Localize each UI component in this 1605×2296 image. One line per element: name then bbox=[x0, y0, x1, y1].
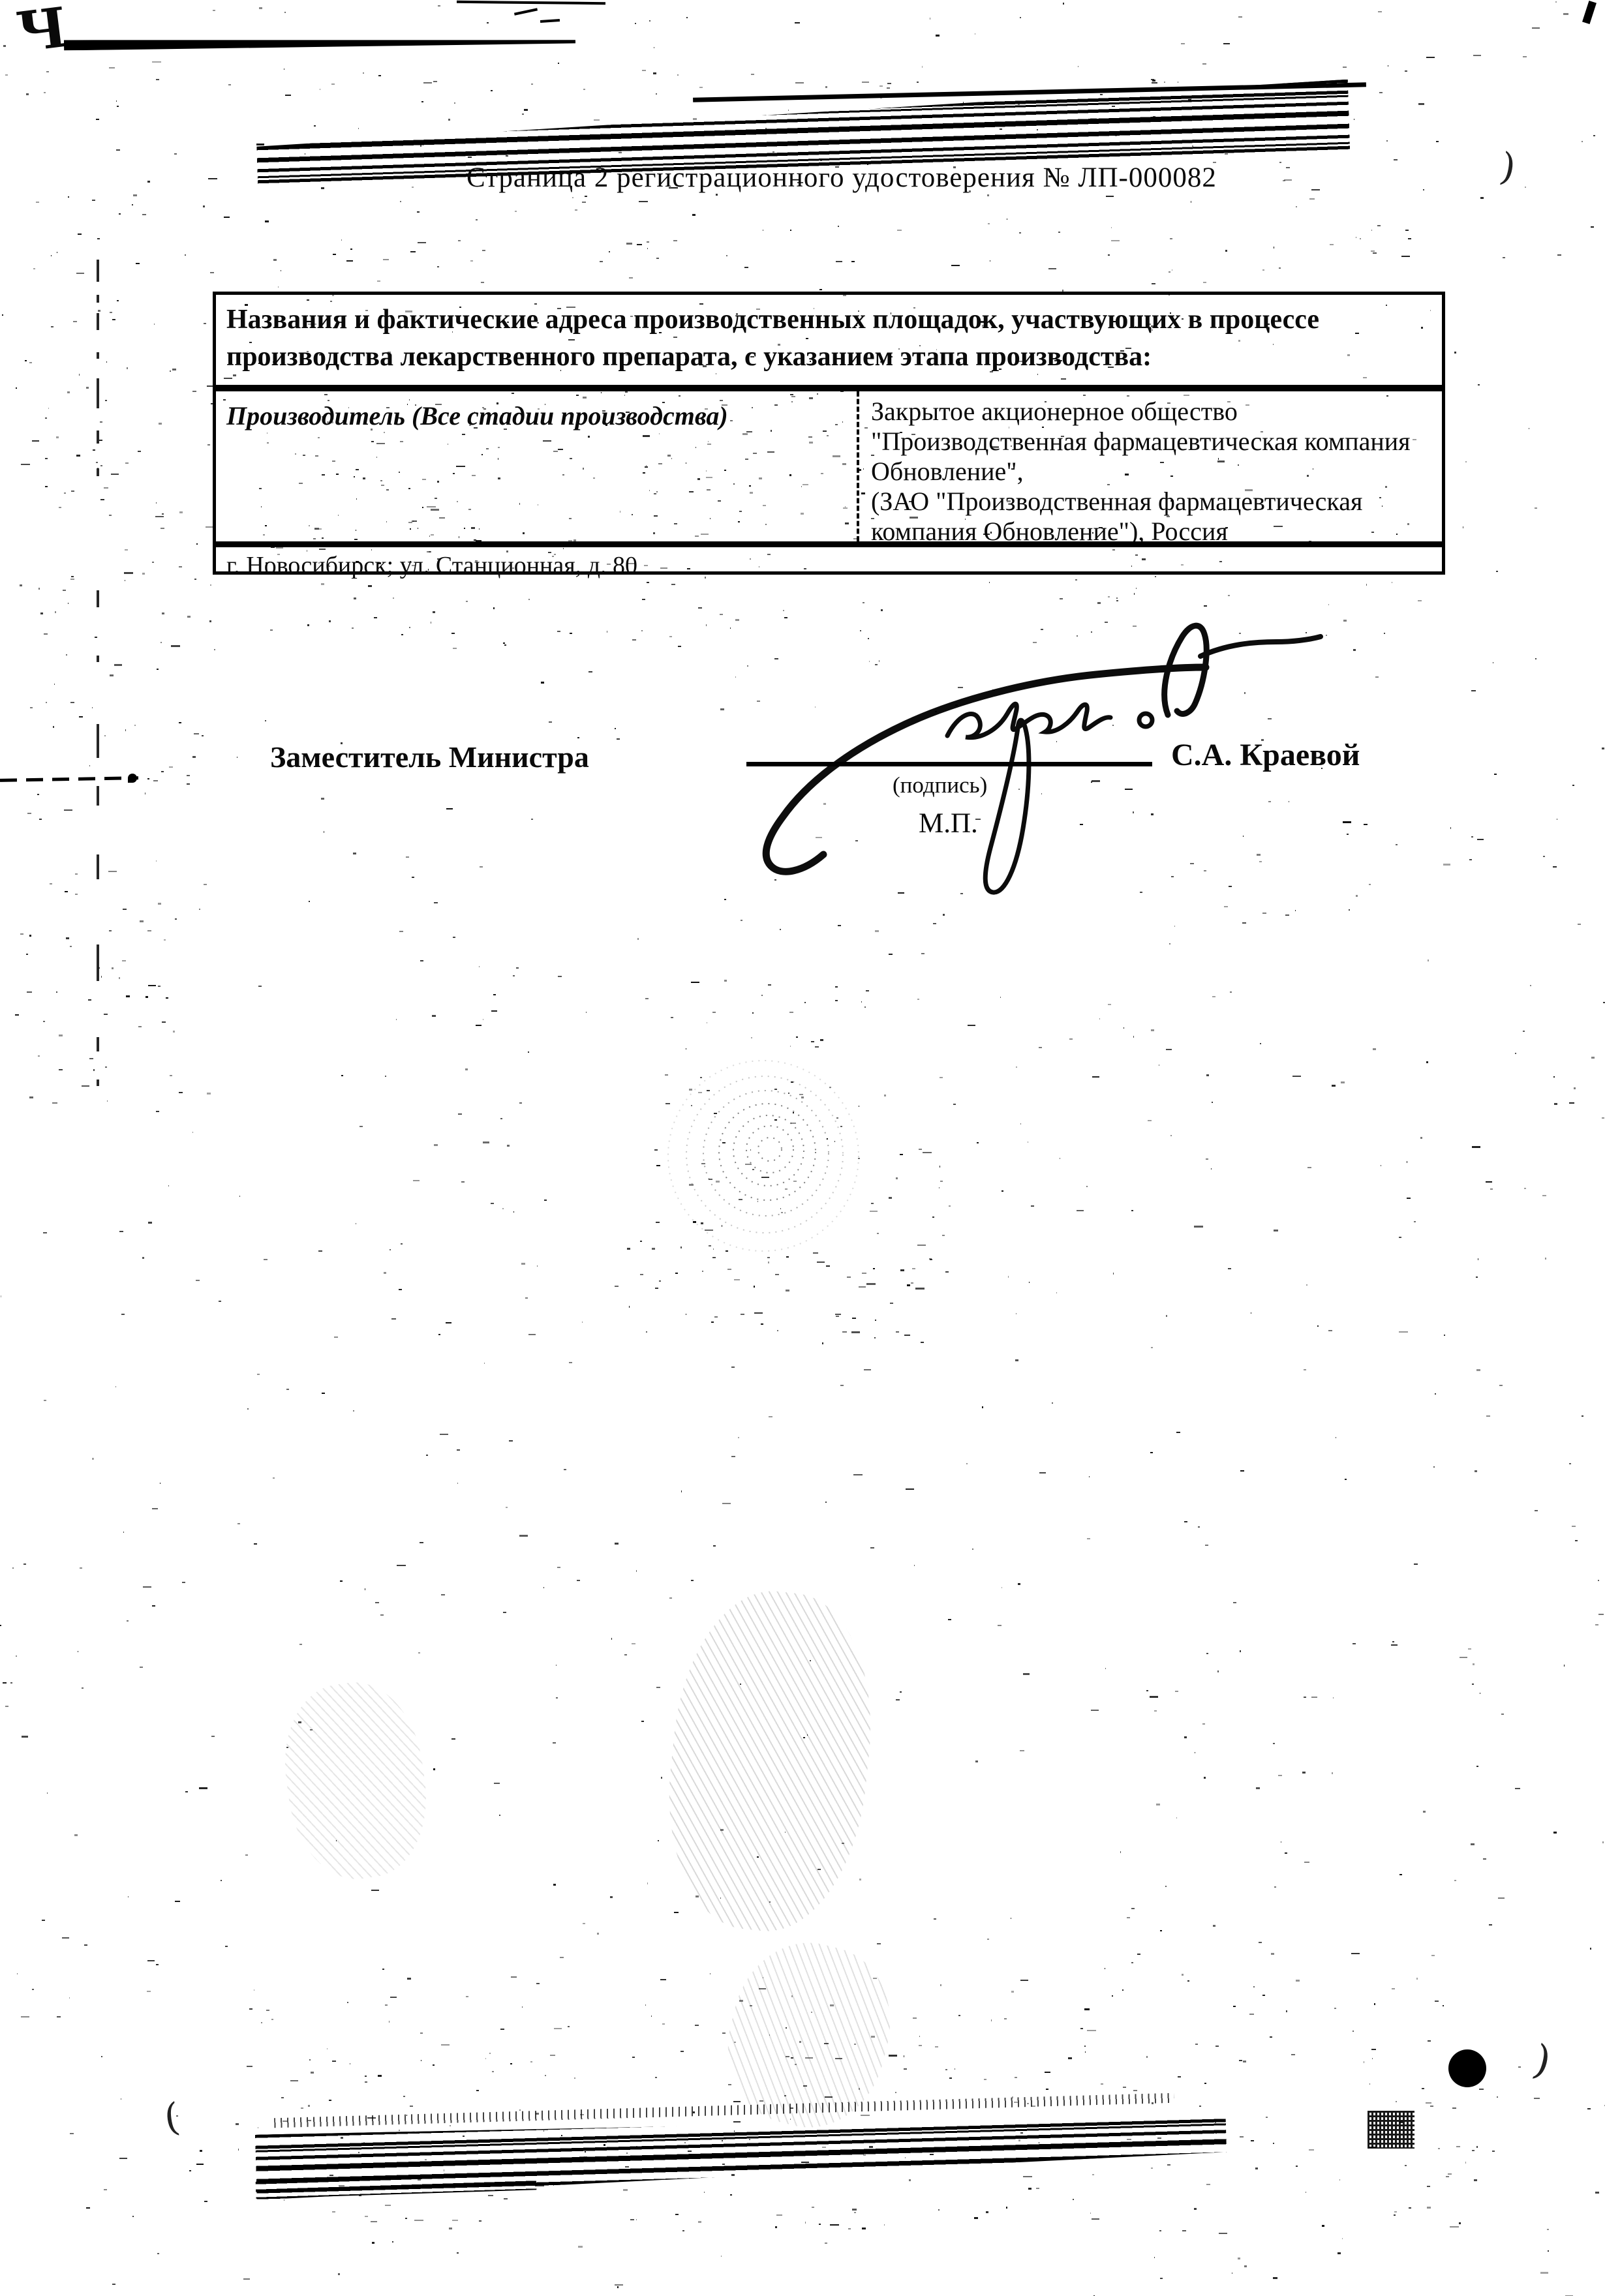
scanned-certificate-page: Ч Страница 2 регистрационного удостовере… bbox=[0, 0, 1605, 2296]
scan-speckle-layer bbox=[0, 0, 1605, 2296]
